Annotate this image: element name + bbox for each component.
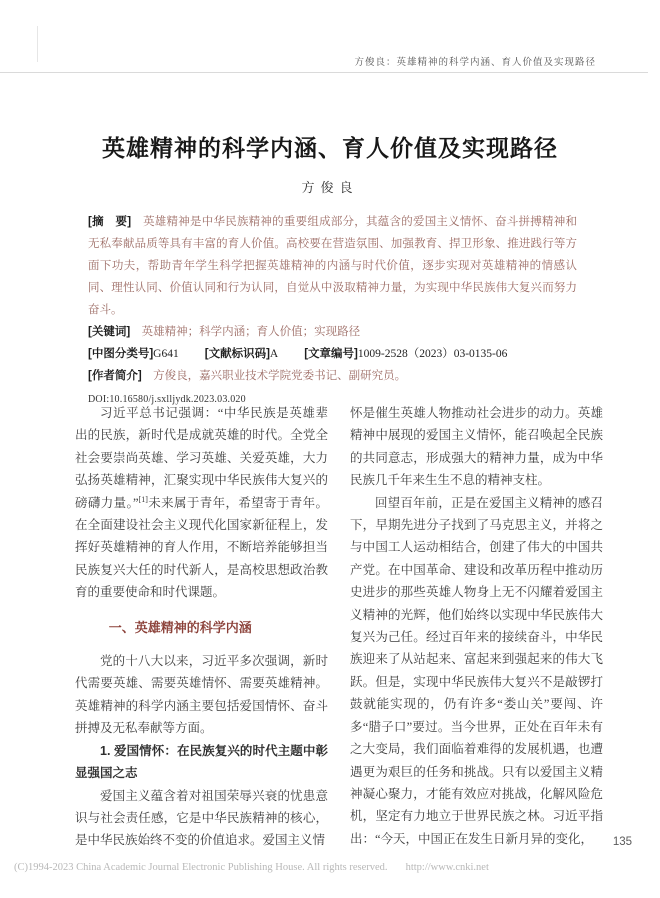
author-name: 方俊良 (0, 177, 660, 196)
cnki-url: http://www.cnki.net (406, 862, 489, 873)
keywords-line: [关键词] 英雄精神；科学内涵；育人价值；实现路径 (88, 321, 577, 343)
journal-page: 方俊良：英雄精神的科学内涵、育人价值及实现路径 英雄精神的科学内涵、育人价值及实… (0, 0, 660, 898)
keywords-label: [关键词] (88, 326, 130, 338)
keywords-text: 英雄精神；科学内涵；育人价值；实现路径 (142, 326, 361, 338)
subsection-heading: 1. 爱国情怀：在民族复兴的时代主题中彰显强国之志 (75, 740, 328, 785)
bio-text: 方俊良，嘉兴职业技术学院党委书记、副研究员。 (153, 370, 406, 382)
header-rule (0, 72, 648, 73)
author-bio-line: [作者简介] 方俊良，嘉兴职业技术学院党委书记、副研究员。 (88, 365, 577, 387)
page-title: 英雄精神的科学内涵、育人价值及实现路径 (0, 130, 660, 163)
scan-artifact-line (37, 26, 38, 62)
section-heading: 一、英雄精神的科学内涵 (75, 617, 328, 639)
citation-ref: [1] (139, 494, 148, 503)
doc-code-label: [文献标识码] (205, 348, 270, 360)
classification-line: [中图分类号]G641[文献标识码]A[文章编号]1009-2528（2023）… (88, 343, 577, 365)
article-id-value: 1009-2528（2023）03-0135-06 (358, 348, 508, 360)
body-paragraph: 党的十八大以来，习近平多次强调，新时代需要英雄、需要英雄情怀、需要英雄精神。英雄… (75, 650, 328, 740)
article-id-label: [文章编号] (304, 348, 358, 360)
page-number: 135 (613, 836, 632, 848)
paragraph-text: 未来属于青年，希望寄于青年。在全面建设社会主义现代化国家新征程上，发挥好英雄精神… (75, 496, 328, 600)
abstract-text: 英雄精神是中华民族精神的重要组成部分，其蕴含的爱国主义情怀、奋斗拼搏精神和无私奉… (88, 216, 577, 316)
running-head: 方俊良：英雄精神的科学内涵、育人价值及实现路径 (354, 54, 596, 68)
doc-code-value: A (270, 348, 278, 360)
body-paragraph: 怀是催生英雄人物推动社会进步的动力。英雄精神中展现的爱国主义情怀，能召唤起全民族… (350, 402, 603, 492)
clc-value: G641 (153, 348, 179, 360)
body-paragraph: 回望百年前，正是在爱国主义精神的感召下，早期先进分子找到了马克思主义，并将之与中… (350, 492, 603, 851)
bio-label: [作者简介] (88, 370, 142, 382)
copyright-text: (C)1994-2023 China Academic Journal Elec… (14, 862, 388, 873)
abstract-label: [摘 要] (88, 216, 131, 228)
body-paragraph: 习近平总书记强调：“中华民族是英雄辈出的民族，新时代是成就英雄的时代。全党全社会… (75, 402, 328, 604)
right-column: 怀是催生英雄人物推动社会进步的动力。英雄精神中展现的爱国主义情怀，能召唤起全民族… (350, 402, 603, 852)
left-column: 习近平总书记强调：“中华民族是英雄辈出的民族，新时代是成就英雄的时代。全党全社会… (75, 402, 328, 852)
body-paragraph: 爱国主义蕴含着对祖国荣辱兴衰的忧患意识与社会责任感，它是中华民族精神的核心，是中… (75, 785, 328, 852)
front-matter-block: [摘 要] 英雄精神是中华民族精神的重要组成部分，其蕴含的爱国主义情怀、奋斗拼搏… (88, 211, 577, 411)
footer-copyright-bar: (C)1994-2023 China Academic Journal Elec… (14, 862, 646, 873)
clc-label: [中图分类号] (88, 348, 153, 360)
paragraph-text: 习近平总书记强调：“中华民族是英雄辈出的民族，新时代是成就英雄的时代。全党全社会… (75, 406, 328, 510)
abstract-paragraph: [摘 要] 英雄精神是中华民族精神的重要组成部分，其蕴含的爱国主义情怀、奋斗拼搏… (88, 211, 577, 321)
body-columns: 习近平总书记强调：“中华民族是英雄辈出的民族，新时代是成就英雄的时代。全党全社会… (75, 402, 603, 852)
